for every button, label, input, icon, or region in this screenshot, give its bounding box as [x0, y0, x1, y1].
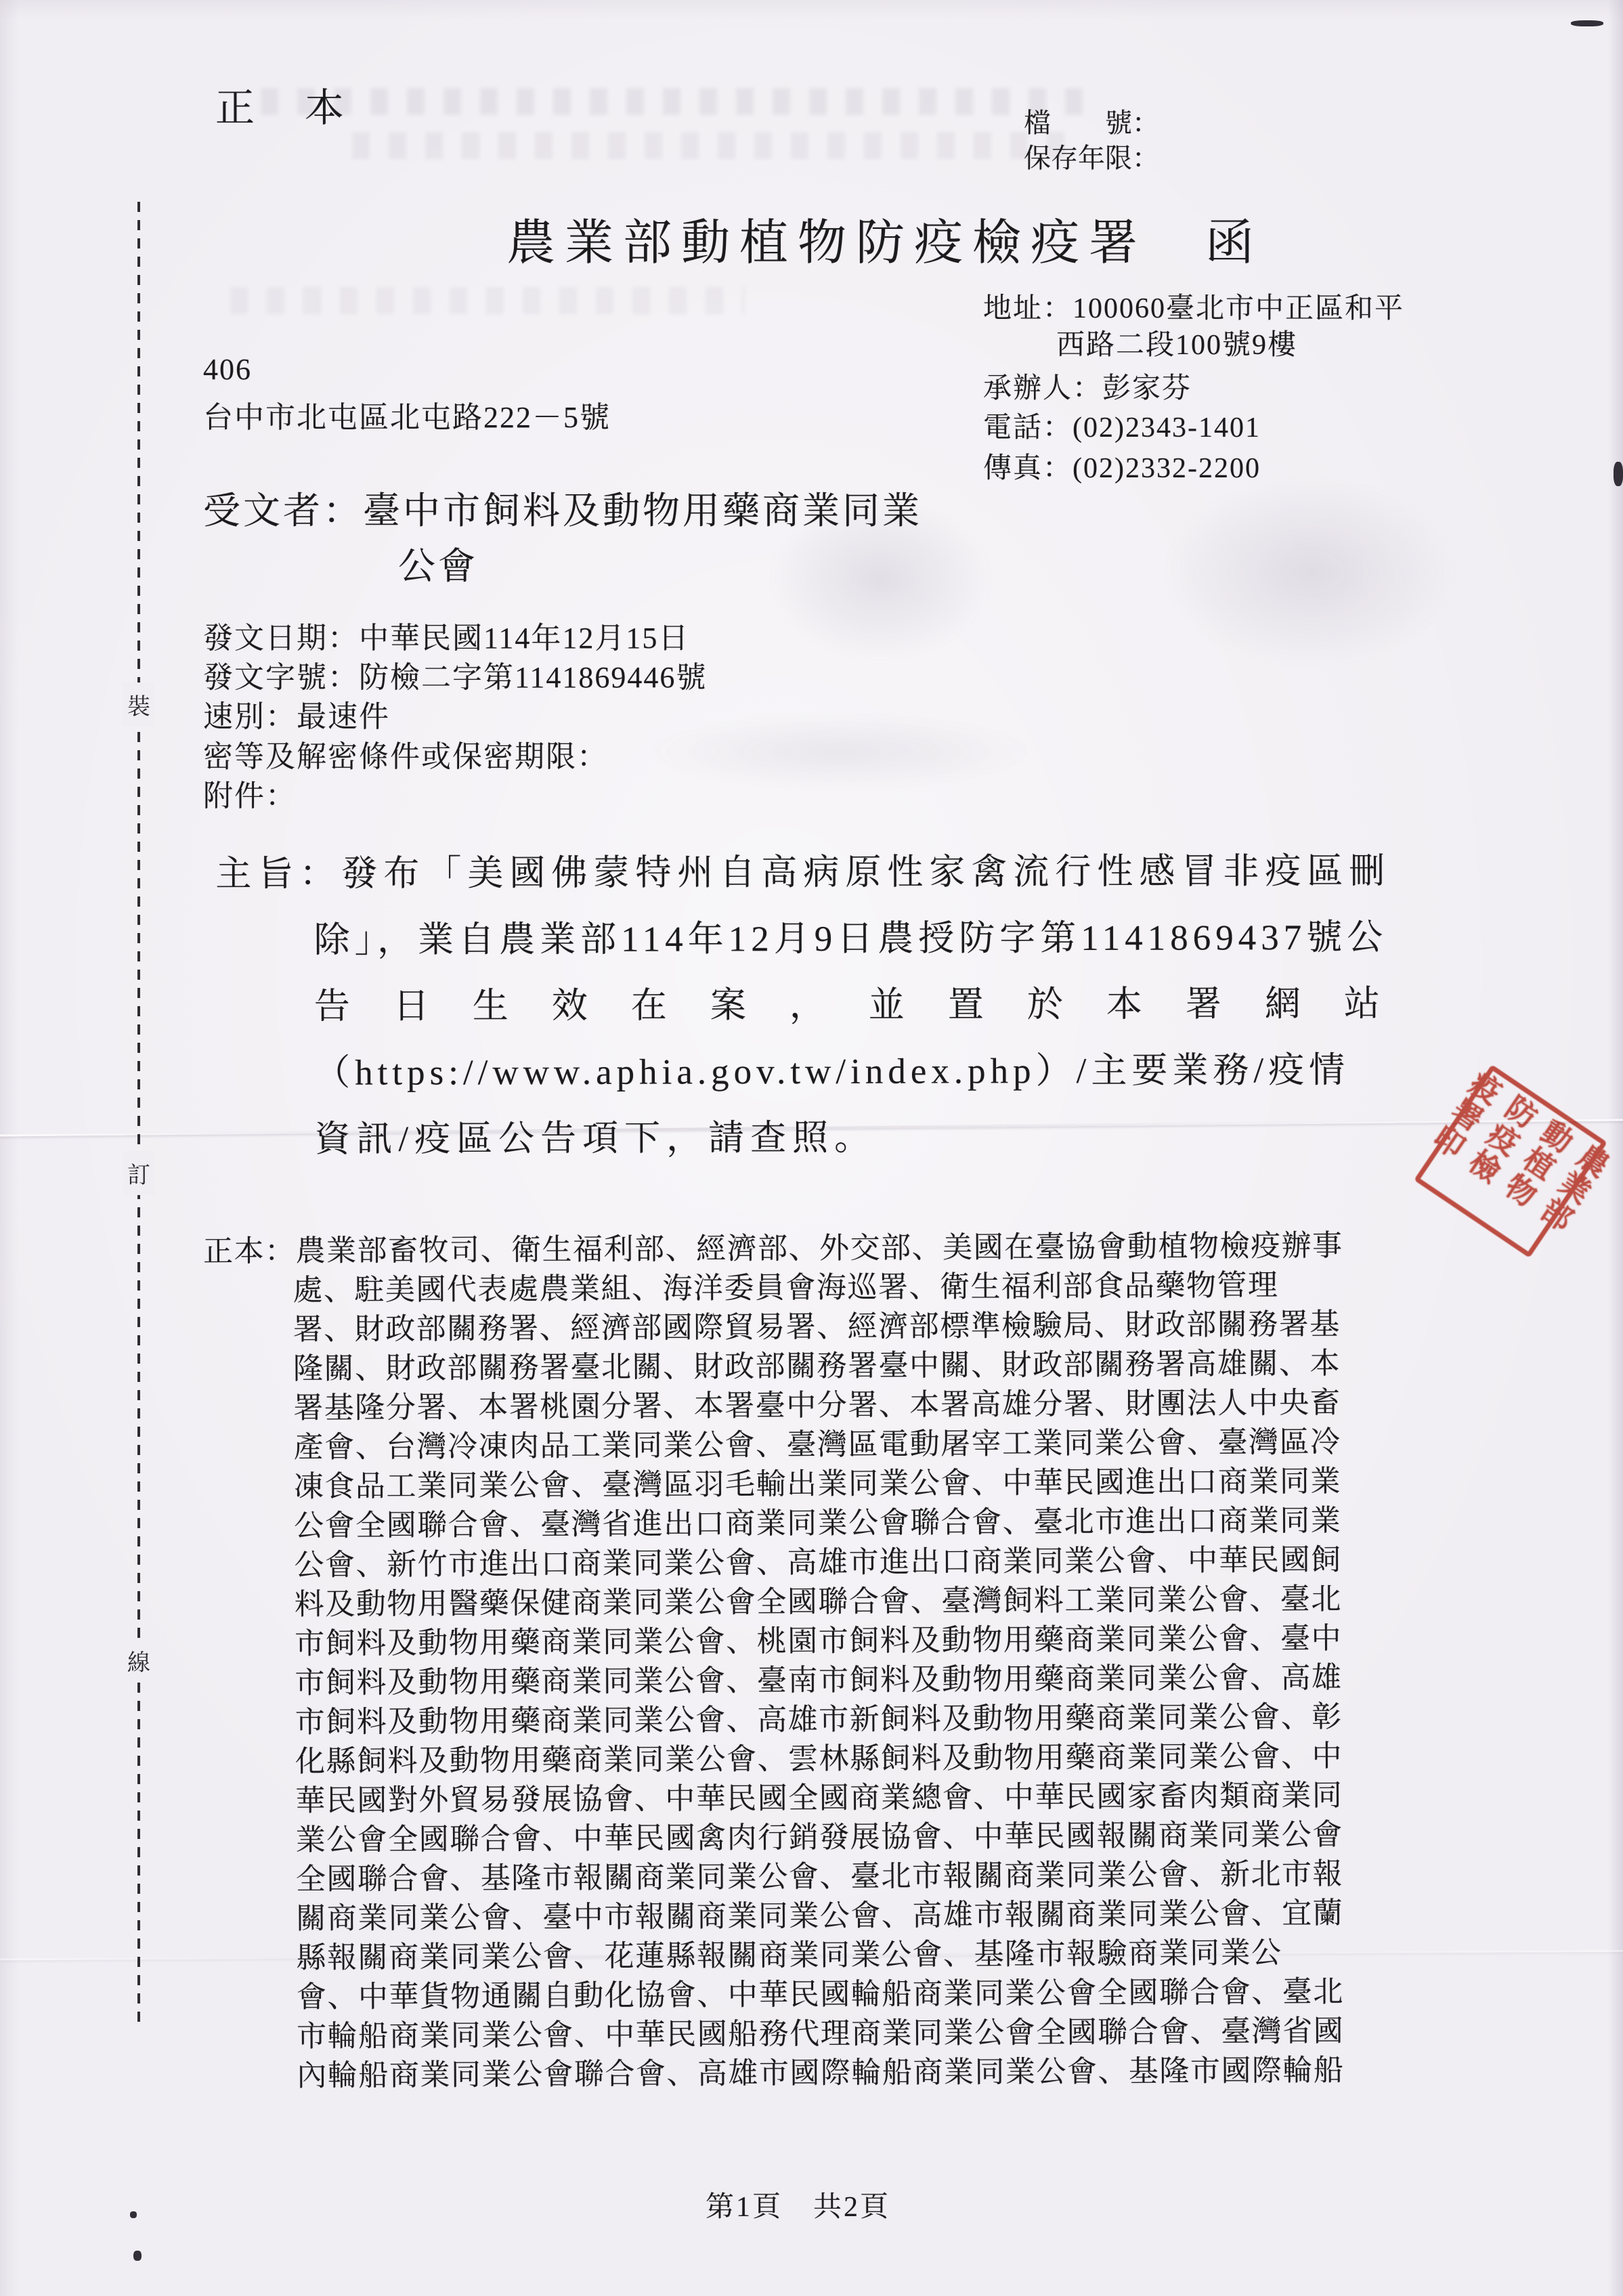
copy-to-line: 內輪船商業同業公會聯合會、高雄市國際輪船商業同業公會、基隆市國際輪船 — [297, 2045, 1344, 2094]
recipient-zip: 406 — [203, 352, 252, 387]
scan-artifact — [1571, 20, 1603, 26]
agency-address-line1: 地址：100060臺北市中正區和平 — [983, 286, 1404, 326]
binding-mark-xian: 線 — [123, 1639, 154, 1683]
subject-line-url: （https://www.aphia.gov.tw/index.php）/主要業… — [314, 1041, 1349, 1096]
contact-phone: 電話：(02)2343-1401 — [983, 405, 1261, 446]
contact-fax: 傳真：(02)2332-2200 — [983, 446, 1261, 486]
subject-block: 主旨：發布「美國佛蒙特州自高病原性家禽流行性感冒非疫區刪 除」，業自農業部114… — [0, 0, 1623, 2]
scan-artifact — [133, 2251, 142, 2261]
recipient-street-address: 台中市北屯區北屯路222－5號 — [203, 393, 611, 436]
retention-period-label: 保存年限： — [1024, 137, 1159, 175]
copy-to-block: 正本：農業部畜牧司、衛生福利部、經濟部、外交部、美國在臺協會動植物檢疫辦事 處、… — [0, 0, 1616, 1]
bleed-through-signature — [1158, 474, 1463, 670]
recipient-name-line2: 公會 — [398, 536, 478, 590]
file-number-label: 檔 號： — [1024, 102, 1159, 140]
scan-artifact — [130, 2211, 137, 2218]
bleed-through-row — [261, 88, 1100, 115]
bleed-through-mark — [636, 711, 1043, 792]
security-classification: 密等及解密條件或保密期限： — [203, 732, 608, 775]
binding-mark-ding: 訂 — [123, 1151, 154, 1195]
subject-line: 主旨：發布「美國佛蒙特州自高病原性家禽流行性感冒非疫區刪 — [215, 842, 1391, 897]
binding-mark-zhuang: 裝 — [123, 683, 154, 727]
subject-line: 告日生效在案，並置於本署網站 — [314, 975, 1423, 1029]
dispatch-date: 發文日期：中華民國114年12月15日 — [203, 613, 689, 657]
copy-type-label: 正 本 — [215, 76, 349, 133]
attachment-label: 附件： — [203, 771, 297, 815]
subject-line: 資訊/疫區公告項下，請查照。 — [314, 1109, 876, 1162]
scan-artifact — [1614, 462, 1623, 486]
binding-dashed-line — [137, 202, 140, 2027]
contact-person: 承辦人：彭家芬 — [983, 366, 1192, 406]
subject-line: 除」，業自農業部114年12月9日農授防字第1141869437號公 — [314, 909, 1388, 963]
bleed-through-row — [352, 132, 1083, 159]
bleed-through-row — [230, 287, 745, 314]
speed-level: 速別：最速件 — [203, 692, 390, 735]
scanned-official-letter-page: 裝 訂 線 正 本 檔 號： 保存年限： 農業部動植物防疫檢疫署 函 地址：10… — [0, 0, 1623, 2296]
official-red-seal-text: 農業部動植物防疫檢疫署印 — [1404, 1061, 1617, 1261]
document-title: 農業部動植物防疫檢疫署 函 — [506, 203, 1263, 274]
agency-address-line2: 西路二段100號9樓 — [1056, 322, 1297, 363]
dispatch-number: 發文字號：防檢二字第1141869446號 — [203, 653, 707, 696]
official-red-seal: 農業部動植物防疫檢疫署印 — [1414, 1064, 1607, 1258]
page-indicator: 第1頁 共2頁 — [706, 2184, 890, 2225]
recipient-name-line1: 受文者：臺中市飼料及動物用藥商業同業 — [203, 481, 922, 534]
